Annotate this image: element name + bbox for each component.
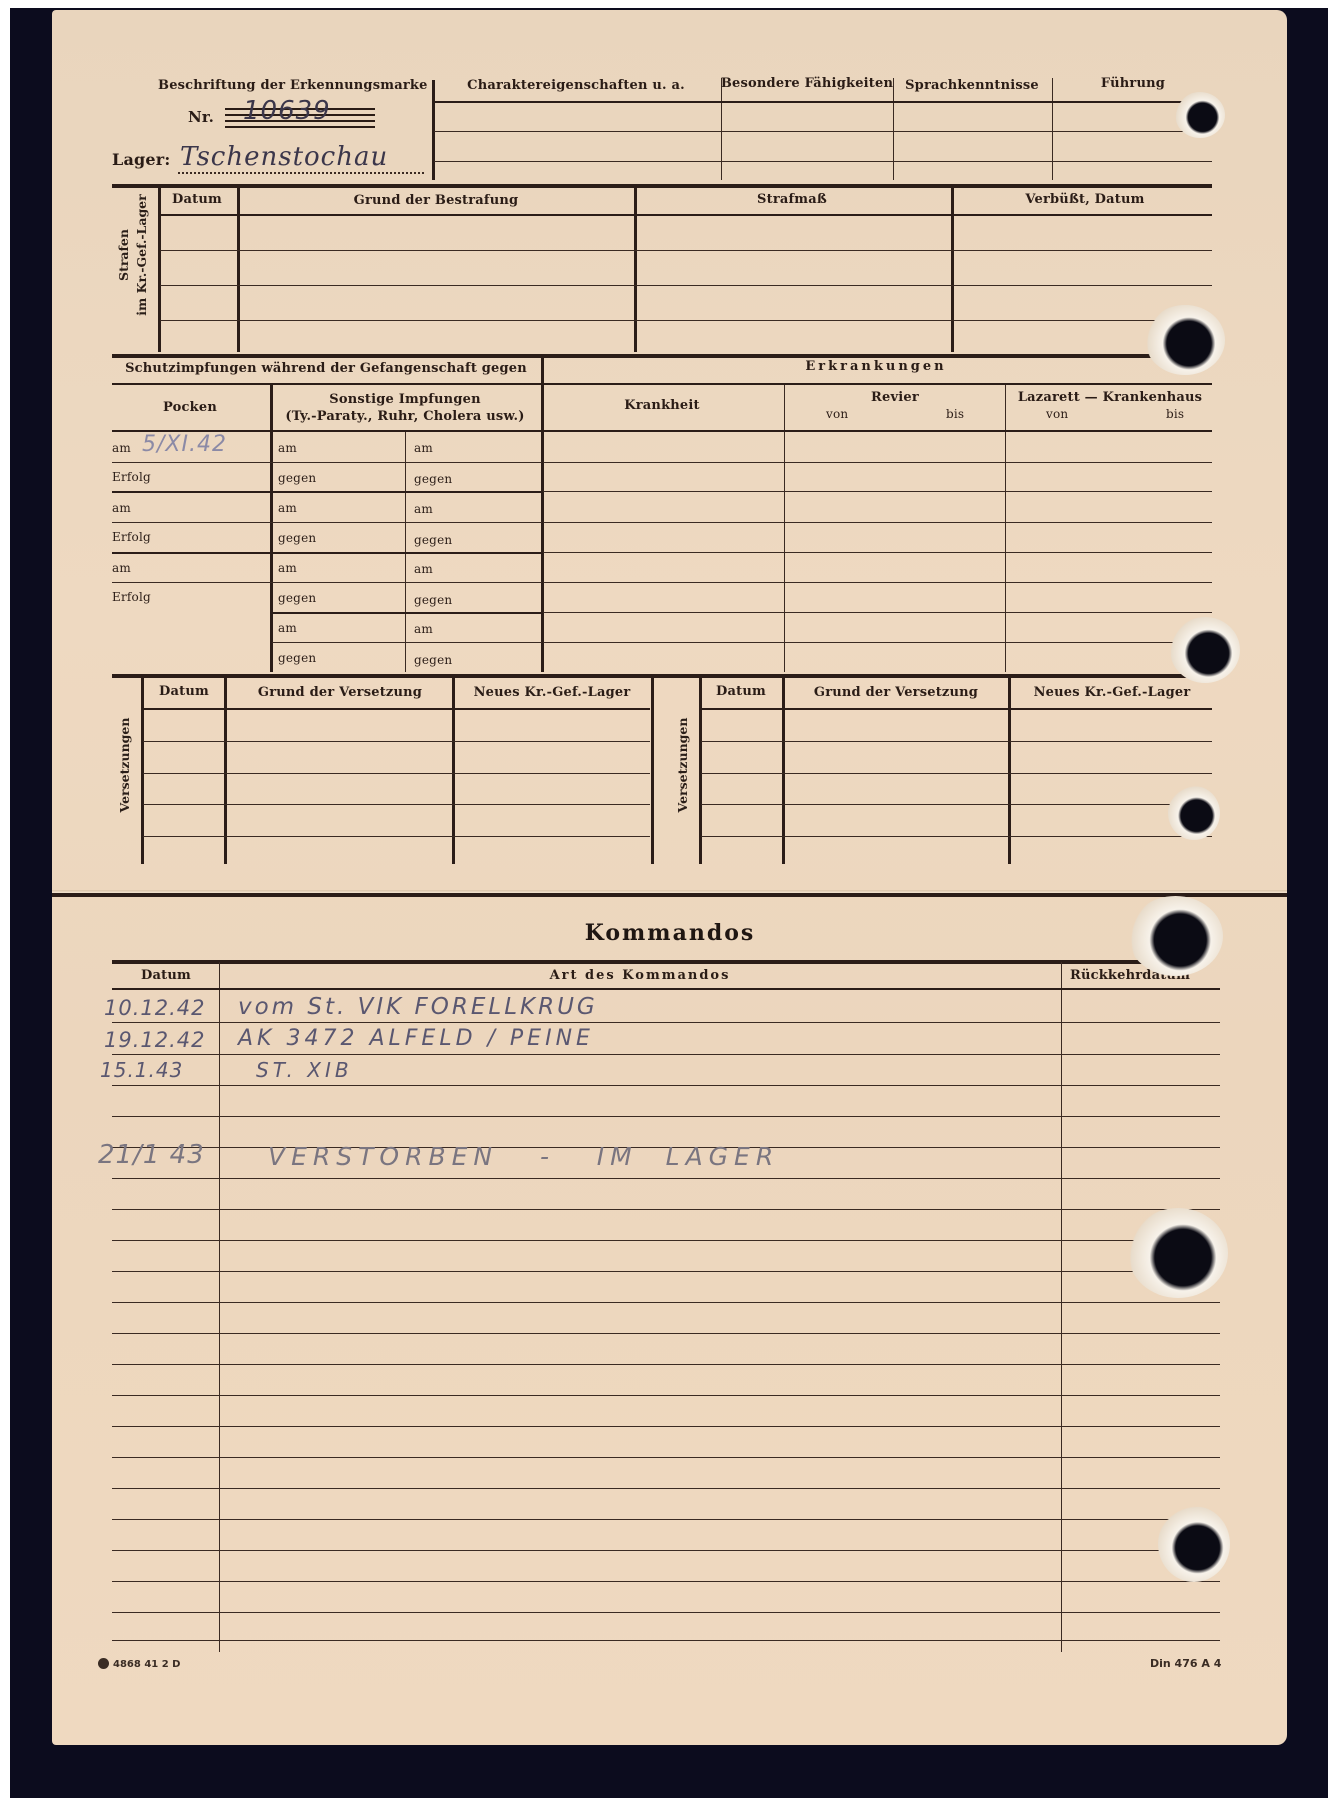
kommandos-col-datum: Datum: [141, 968, 191, 983]
revier-bis: bis: [946, 407, 964, 421]
rule: [143, 708, 650, 710]
versetzung-right-col-grund: Grund der Versetzung: [814, 685, 978, 700]
rule: [112, 1550, 1220, 1551]
lager-value[interactable]: Tschenstochau: [180, 142, 388, 172]
sonstige-gegen: gegen: [278, 531, 316, 545]
kommando-row-1-art[interactable]: vom St. VIK FORELLKRUG: [238, 994, 598, 1020]
divider: [237, 186, 240, 352]
versetzung-right-col-datum: Datum: [716, 684, 766, 699]
lazarett-von: von: [1046, 407, 1068, 421]
sonstige-gegen: gegen: [278, 471, 316, 485]
sprachen-header: Sprachkenntnisse: [905, 78, 1039, 93]
kommando-row-2-datum[interactable]: 19.12.42: [104, 1028, 206, 1052]
rule: [143, 741, 650, 742]
sonstige-gegen: gegen: [414, 653, 452, 667]
divider: [1052, 78, 1053, 180]
rule: [112, 1178, 1220, 1179]
rule: [112, 1085, 1220, 1086]
sonstige-subheader: (Ty.-Paraty., Ruhr, Cholera usw.): [285, 409, 524, 424]
rule: [701, 836, 1212, 837]
punch-hole-icon: [1175, 92, 1225, 138]
versetzung-left-col-datum: Datum: [159, 684, 209, 699]
sonstige-header: Sonstige Impfungen: [329, 392, 481, 407]
revier-header: Revier: [871, 390, 919, 405]
pocken-am-2: am: [112, 501, 131, 515]
rule: [112, 1364, 1220, 1365]
sonstige-am: am: [278, 561, 297, 575]
rule: [701, 804, 1212, 805]
erkennungsmarke-label: Beschriftung der Erkennungsmarke: [158, 78, 428, 93]
rule: [112, 522, 542, 523]
rule: [112, 1116, 1220, 1117]
rule: [112, 1054, 1220, 1055]
sonstige-am: am: [414, 441, 433, 455]
strafen-col-datum: Datum: [172, 192, 222, 207]
sonstige-gegen: gegen: [278, 651, 316, 665]
kommando-row-2-art[interactable]: AK 3472 ALFELD / PEINE: [238, 1026, 594, 1051]
rule: [112, 1426, 1220, 1427]
strafen-col-strafmass: Strafmaß: [757, 192, 827, 207]
section-rule: [112, 960, 1192, 964]
rule: [160, 320, 1212, 321]
divider: [634, 186, 637, 352]
pocken-erfolg-2: Erfolg: [112, 530, 151, 544]
pocken-erfolg-1: Erfolg: [112, 470, 151, 484]
rule: [112, 1519, 1220, 1520]
versetzungen-side-label-left: Versetzungen: [117, 710, 132, 820]
rule: [143, 804, 650, 805]
punch-hole-icon: [1168, 786, 1220, 840]
divider: [270, 385, 273, 672]
rule: [272, 612, 542, 614]
rule: [143, 836, 650, 837]
rule: [701, 708, 1212, 710]
faehigkeiten-header: Besondere Fähigkeiten: [721, 76, 893, 91]
divider: [651, 676, 654, 864]
kommando-row-1-datum[interactable]: 10.12.42: [104, 996, 206, 1020]
versetzung-right-col-lager: Neues Kr.-Gef.-Lager: [1034, 685, 1191, 700]
punch-hole-icon: [1158, 1506, 1230, 1582]
punch-hole-icon: [1145, 305, 1225, 375]
sonstige-gegen: gegen: [414, 472, 452, 486]
rule: [143, 773, 650, 774]
fold-rule: [52, 893, 1287, 897]
rule: [543, 430, 1212, 432]
fuehrung-header: Führung: [1101, 76, 1165, 91]
sonstige-am: am: [278, 441, 297, 455]
versetzung-left-col-lager: Neues Kr.-Gef.-Lager: [474, 685, 631, 700]
kommandos-col-art: Art des Kommandos: [550, 968, 731, 983]
rule: [112, 1302, 1220, 1303]
rule: [112, 491, 542, 493]
rule: [112, 383, 1212, 385]
section-rule: [112, 674, 1212, 678]
rule: [112, 1271, 1220, 1272]
sonstige-am: am: [414, 562, 433, 576]
kommando-row-5-datum[interactable]: 21/1 43: [98, 1140, 205, 1170]
divider: [541, 356, 544, 672]
rule: [543, 491, 1212, 492]
divider: [432, 80, 435, 180]
divider: [1061, 962, 1062, 1652]
erkrankungen-title: Erkrankungen: [805, 359, 946, 374]
sonstige-gegen: gegen: [278, 591, 316, 605]
print-code: 4868 41 2 D: [98, 1658, 180, 1670]
kommando-row-3-datum[interactable]: 15.1.43: [100, 1058, 183, 1082]
divider: [893, 78, 894, 180]
rule: [543, 642, 1212, 643]
kommando-row-3-art[interactable]: ST. XIB: [256, 1058, 353, 1082]
rule: [112, 988, 1220, 990]
punch-hole-icon: [1170, 617, 1240, 683]
rule: [272, 642, 542, 643]
rule: [112, 1488, 1220, 1489]
divider: [1005, 385, 1006, 672]
rule: [112, 1022, 1220, 1023]
pocken-date-1[interactable]: 5/XI.42: [142, 432, 227, 457]
impfungen-title: Schutzimpfungen während der Gefangenscha…: [125, 361, 527, 376]
divider: [784, 385, 785, 672]
sonstige-am: am: [278, 621, 297, 635]
rule: [112, 1612, 1220, 1613]
rule: [160, 250, 1212, 251]
rule: [112, 1457, 1220, 1458]
rule: [112, 462, 542, 463]
section-rule: [112, 354, 1212, 358]
nr-label: Nr.: [188, 108, 214, 126]
kommando-row-5-art[interactable]: VERSTORBEN - IM LAGER: [268, 1142, 779, 1171]
divider: [951, 186, 954, 352]
sonstige-am: am: [414, 622, 433, 636]
sonstige-gegen: gegen: [414, 593, 452, 607]
rule: [543, 582, 1212, 583]
rule: [112, 1640, 1220, 1641]
rule: [434, 101, 1212, 103]
charakter-header: Charaktereigenschaften u. a.: [467, 78, 685, 93]
sonstige-am: am: [414, 502, 433, 516]
rule: [160, 214, 1212, 216]
divider: [158, 186, 161, 352]
lazarett-bis: bis: [1166, 407, 1184, 421]
divider: [721, 78, 722, 180]
lager-dotted-line: [178, 172, 424, 174]
krankheit-header: Krankheit: [624, 398, 700, 413]
publisher-mark-icon: [98, 1658, 109, 1669]
rule: [434, 131, 1212, 132]
section-rule: [112, 184, 1212, 188]
pocken-am-3: am: [112, 561, 131, 575]
strafen-side-label-2: im Kr.-Gef.-Lager: [134, 180, 149, 330]
rule: [701, 773, 1212, 774]
sonstige-gegen: gegen: [414, 533, 452, 547]
kommandos-title: Kommandos: [585, 920, 756, 946]
rule: [543, 462, 1212, 463]
lazarett-header: Lazarett — Krankenhaus: [1018, 390, 1202, 405]
rule: [112, 1209, 1220, 1210]
rule: [112, 1240, 1220, 1241]
lager-label: Lager:: [112, 150, 171, 169]
sonstige-am: am: [278, 501, 297, 515]
rule: [112, 582, 542, 583]
strafen-col-grund: Grund der Bestrafung: [354, 193, 519, 208]
versetzungen-side-label-right: Versetzungen: [675, 710, 690, 820]
strafen-side-label-1: Strafen: [116, 180, 131, 330]
rule: [543, 552, 1212, 553]
versetzung-left-col-grund: Grund der Versetzung: [258, 685, 422, 700]
strafen-col-verbuesst: Verbüßt, Datum: [1025, 192, 1144, 207]
pocken-header: Pocken: [163, 400, 217, 415]
nr-line: [225, 126, 375, 128]
pocken-erfolg-3: Erfolg: [112, 590, 151, 604]
punch-hole-icon: [1128, 896, 1223, 976]
punch-hole-icon: [1128, 1208, 1228, 1298]
rule: [543, 522, 1212, 523]
rule: [112, 1581, 1220, 1582]
rule: [160, 285, 1212, 286]
rule: [112, 552, 542, 554]
rule: [543, 612, 1212, 613]
din-format: Din 476 A 4: [1150, 1657, 1221, 1670]
pocken-am-1: am: [112, 441, 131, 455]
divider: [219, 962, 220, 1652]
rule: [112, 1395, 1220, 1396]
rule: [112, 1333, 1220, 1334]
rule: [434, 161, 1212, 162]
nr-value[interactable]: 10639: [243, 96, 331, 126]
rule: [701, 741, 1212, 742]
revier-von: von: [826, 407, 848, 421]
